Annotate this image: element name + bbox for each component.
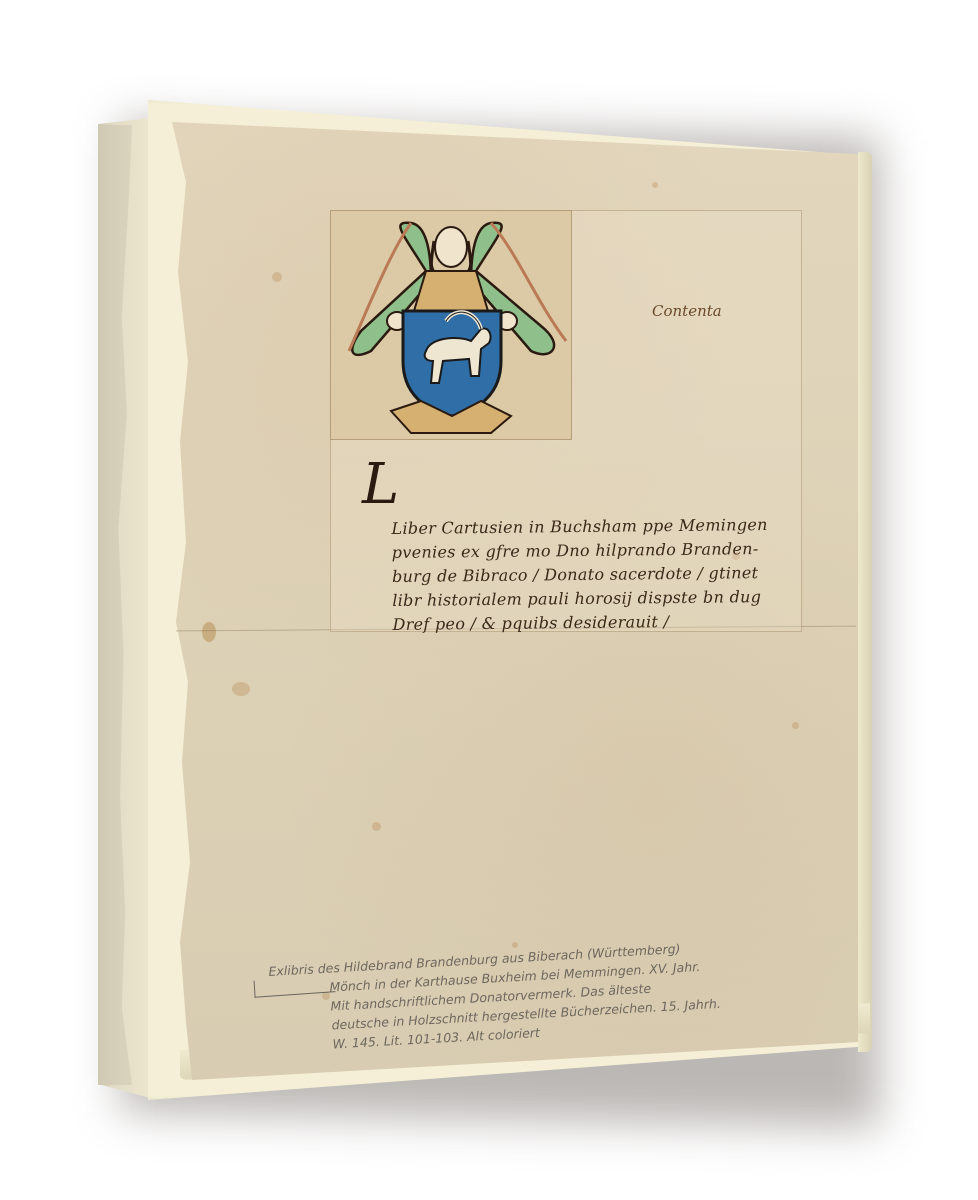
- inscription-text: Liber Cartusien in Buchsham ppe Memingen…: [391, 513, 768, 637]
- angel-with-shield-illustration: [331, 211, 571, 439]
- decorated-initial: L: [362, 455, 399, 515]
- marginal-note: Contenta: [652, 302, 722, 320]
- woodcut-bookplate: [330, 210, 572, 440]
- canvas-right-edge: [858, 152, 872, 1052]
- inscription-line: Dref peo / & pquibs desiderauit /: [392, 609, 768, 637]
- inscription-line: libr historialem pauli horosij dispste b…: [392, 585, 768, 613]
